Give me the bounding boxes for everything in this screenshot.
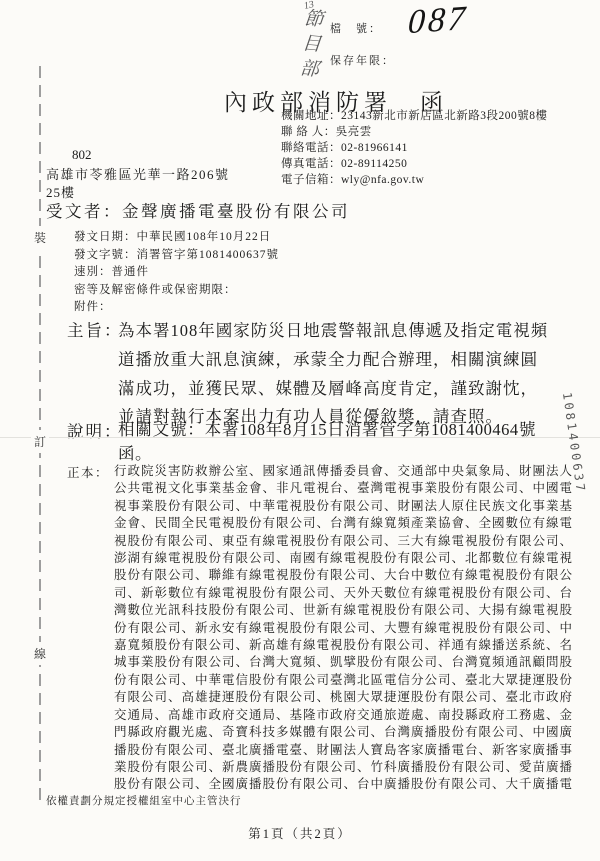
copy-to-line: 有限公司、高雄捷運股份有限公司、桃園大眾捷運股份有限公司、臺北市政府 (114, 689, 534, 706)
copy-to-line: 交通局、高雄市政府交通局、基隆市政府交通旅遊處、南投縣政府工務處、金 (114, 707, 534, 724)
file-number-label: 檔 號： (330, 20, 382, 36)
scan-fold-line (0, 437, 600, 438)
authorization-note: 依權責劃分規定授權組室中心主管決行 (46, 793, 242, 808)
recipient-zip: 802 (72, 147, 92, 163)
attachments: 附件： (74, 299, 279, 317)
explanation-label: 說明： (67, 418, 123, 442)
file-number-handwritten-value: 087 (407, 0, 470, 42)
copy-to-line: 公共電視文化事業基金會、非凡電視台、臺灣電視事業股份有限公司、中國電 (114, 480, 534, 497)
side-stamp-number: 1081400637 (560, 392, 588, 495)
copy-to-line: 行政院災害防救辦公室、國家通訊傳播委員會、交通部中央氣象局、財團法人 (114, 463, 534, 480)
subject-line: 滿成功，並獲民眾、媒體及層峰高度肯定，謹致謝忱， (118, 375, 536, 404)
email-address: 電子信箱：wly@nfa.gov.tw (281, 172, 548, 188)
subject-label: 主旨： (67, 317, 123, 341)
copy-to-line: 播股份有限公司、臺北廣播電臺、財團法人寶島客家廣播電台、新客家廣播事 (114, 742, 534, 759)
copy-to-line: 視股份有限公司、東亞有線電視股份有限公司、三大有線電視股份有限公司、 (114, 533, 534, 550)
agency-address: 機關地址：23143新北市新店區北新路3段200號8樓 (281, 108, 548, 124)
binding-mark-ding: 訂 (31, 430, 49, 453)
copy-to-line: 視事業股份有限公司、中華電視股份有限公司、財團法人原住民族文化事業基 (114, 498, 534, 515)
binding-mark-xian: 線 (31, 642, 49, 665)
copy-to-line: 股份有限公司、聯維有線電視股份有限公司、大台中數位有線電視股份有限公 (114, 567, 534, 584)
subject-text: 為本署108年國家防災日地震警報訊息傳遞及指定電視頻 道播放重大訊息演練，承蒙全… (118, 317, 536, 432)
copy-to-line: 份有限公司、中華電信股份有限公司臺灣北區電信分公司、臺北大眾捷運股份 (114, 672, 534, 689)
recipient-line: 受文者：金聲廣播電臺股份有限公司 (46, 198, 350, 222)
explanation-line: 相關文號：本署108年8月15日消署管字第1081400464號 (118, 418, 536, 442)
copy-to-line: 嘉寬頻股份有限公司、新高雄有線電視股份有限公司、祥通有線播送系統、名 (114, 637, 534, 654)
handwritten-dept-note: 節目部 (293, 7, 326, 84)
contact-person: 聯 絡 人：吳亮雲 (281, 124, 548, 140)
issue-date: 發文日期：中華民國108年10月22日 (74, 229, 279, 247)
copy-to-line: 金會、民間全民電視股份有限公司、台灣有線寬頻產業協會、全國數位有線電 (114, 515, 534, 532)
explanation-text: 相關文號：本署108年8月15日消署管字第1081400464號 函。 (118, 418, 536, 466)
agency-contact-block: 機關地址：23143新北市新店區北新路3段200號8樓 聯 絡 人：吳亮雲 聯絡… (281, 108, 548, 188)
copy-to-list: 行政院災害防救辦公室、國家通訊傳播委員會、交通部中央氣象局、財團法人 公共電視文… (114, 463, 534, 794)
issue-number: 發文字號：消署管字第1081400637號 (74, 247, 279, 265)
retention-period-label: 保存年限： (330, 52, 395, 68)
fax-number: 傳真電話：02-89114250 (281, 156, 548, 172)
subject-line: 道播放重大訊息演練，承蒙全力配合辦理，相關演練圓 (118, 346, 536, 375)
page-number: 第1頁（共2頁） (0, 824, 600, 842)
copy-to-label: 正本： (67, 463, 109, 481)
copy-to-line: 業股份有限公司、新農廣播股份有限公司、竹科廣播股份有限公司、愛苗廣播 (114, 759, 534, 776)
copy-to-line: 門縣政府觀光處、奇寶科技多媒體有限公司、台灣廣播股份有限公司、中國廣 (114, 724, 534, 741)
subject-line: 為本署108年國家防災日地震警報訊息傳遞及指定電視頻 (118, 317, 536, 346)
copy-to-line: 澎湖有線電視股份有限公司、南國有線電視股份有限公司、北都數位有線電視 (114, 550, 534, 567)
recipient-address-line1: 高雄市苓雅區光華一路206號 (46, 164, 230, 183)
priority: 速別：普通件 (74, 264, 279, 282)
contact-phone: 聯絡電話：02-81966141 (281, 140, 548, 156)
copy-to-line: 司、新彰數位有線電視股份有限公司、天外天數位有線電視股份有限公司、台 (114, 585, 534, 602)
confidentiality: 密等及解密條件或保密期限： (74, 282, 279, 300)
scanned-official-letter: 13 節目部 檔 號： 087 保存年限： 內政部消防署 函 機關地址：2314… (0, 0, 600, 861)
document-meta-block: 發文日期：中華民國108年10月22日 發文字號：消署管字第1081400637… (74, 229, 279, 317)
copy-to-line: 城事業股份有限公司、台灣大寬頻、凱擘股份有限公司、台灣寬頻通訊顧問股 (114, 654, 534, 671)
copy-to-line: 份有限公司、新永安有線電視股份有限公司、大豐有線電視股份有限公司、中 (114, 620, 534, 637)
binding-mark-zhuang: 裝 (31, 226, 49, 249)
copy-to-line: 灣數位光訊科技股份有限公司、世新有線電視股份有限公司、大揚有線電視股 (114, 602, 534, 619)
copy-to-line: 股份有限公司、全國廣播股份有限公司、台中廣播股份有限公司、大千廣播電 (114, 776, 534, 793)
